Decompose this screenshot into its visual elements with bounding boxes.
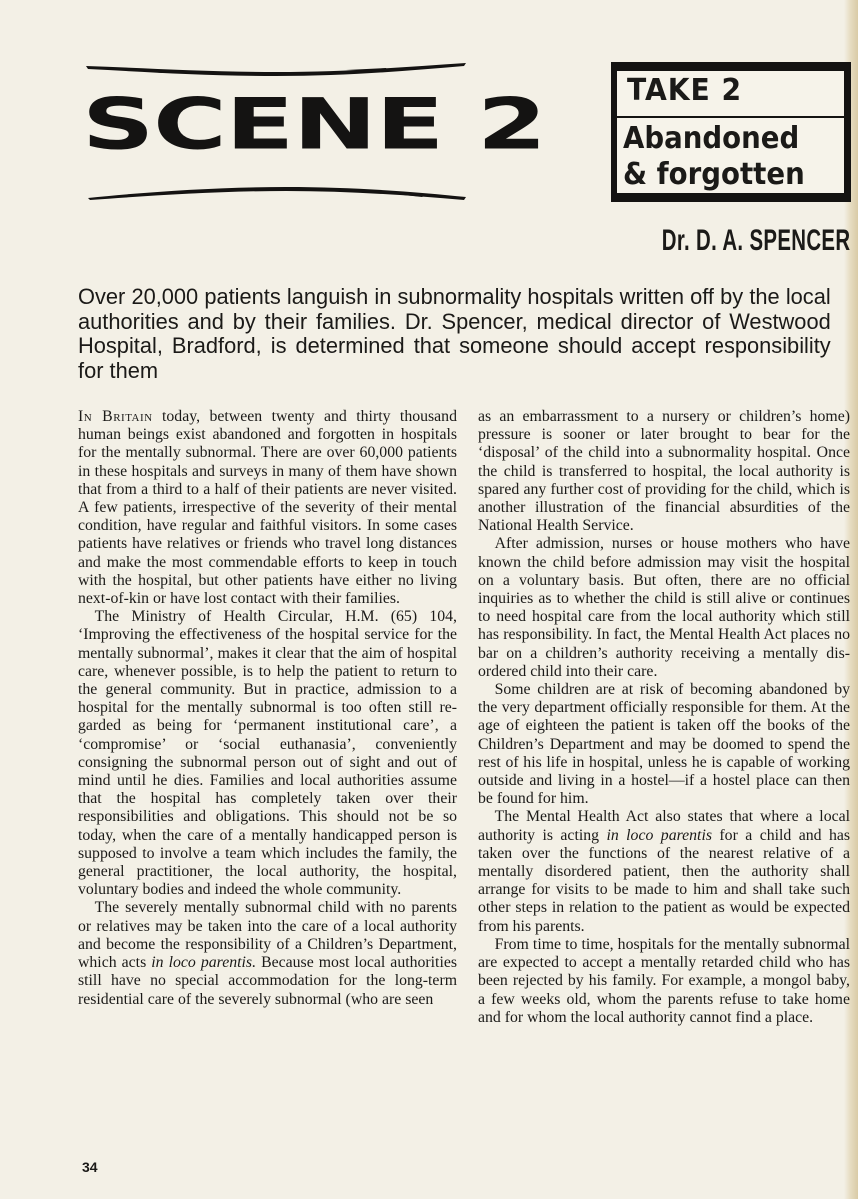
scene-title: SCENE 2 (82, 86, 546, 163)
body-column-left: In Britain today, between twenty and thi… (78, 408, 457, 1009)
paragraph: The Ministry of Health Circular, H.M. (6… (78, 608, 457, 899)
italic-phrase: in loco parentis (606, 827, 712, 844)
paragraph: From time to time, hospitals for the men… (478, 936, 850, 1027)
brush-stroke-bottom-icon (86, 184, 466, 200)
author-byline: Dr. D. A. SPENCER (661, 224, 850, 258)
take-label: TAKE 2 (627, 73, 742, 109)
page-number: 34 (82, 1159, 98, 1175)
paragraph: as an embarrassment to a nursery or chil… (478, 408, 850, 535)
take-box: TAKE 2 Abandoned & forgotten (611, 62, 851, 202)
paragraph: In Britain today, between twenty and thi… (78, 408, 457, 608)
paragraph: The Mental Health Act also states that w… (478, 808, 850, 935)
brush-stroke-top-icon (86, 62, 466, 78)
scene-title-block: SCENE 2 (82, 62, 582, 212)
italic-phrase: in loco paren­tis. (151, 954, 256, 971)
take-divider (617, 116, 844, 118)
paragraph: The severely mentally subnormal child wi… (78, 899, 457, 1008)
body-column-right: as an embarrassment to a nursery or chil… (478, 408, 850, 1027)
article-title-line2: & forgotten (623, 157, 805, 193)
paragraph: Some children are at risk of becoming ab… (478, 681, 850, 808)
standfirst: Over 20,000 patients languish in subnorm… (78, 285, 831, 383)
article-title: Abandoned & forgotten (623, 121, 805, 193)
paragraph: After admission, nurses or house mothers… (478, 535, 850, 681)
lead-in: In Britain (78, 408, 153, 425)
article-title-line1: Abandoned (623, 121, 805, 157)
